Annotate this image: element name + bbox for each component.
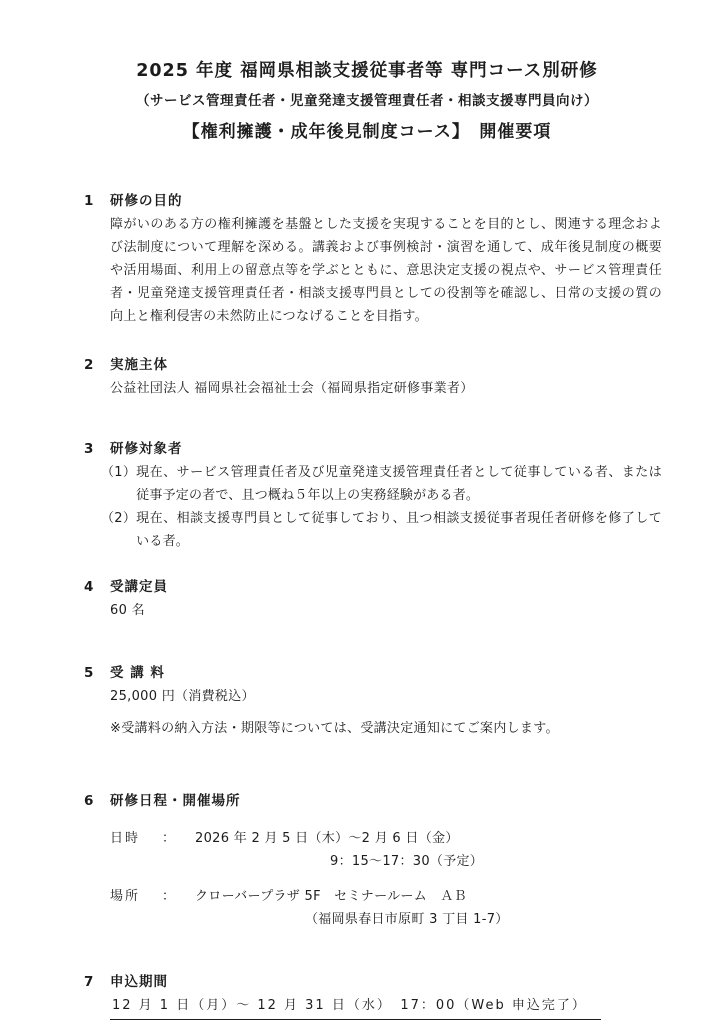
- place-label: 場所: [110, 885, 162, 908]
- section-heading: 研修対象者: [110, 438, 183, 461]
- datetime-label: 日時: [110, 827, 162, 850]
- section-number: 6: [84, 790, 110, 813]
- section-capacity: 4 受講定員 60 名: [84, 576, 662, 622]
- course-title: 【権利擁護・成年後見制度コース】 開催要項: [72, 116, 662, 148]
- document-subtitle: （サービス管理責任者・児童発達支援管理責任者・相談支援専門員向け）: [72, 86, 662, 116]
- section-number: 2: [84, 354, 110, 377]
- target-item-1: （1） 現在、サービス管理責任者及び児童発達支援管理責任者として従事している者、…: [110, 461, 662, 507]
- section-heading: 受 講 料: [110, 662, 165, 685]
- section-heading: 申込期間: [110, 971, 168, 994]
- place-value: クローバープラザ 5F セミナールーム ＡＢ: [195, 885, 467, 908]
- section-heading: 研修の目的: [110, 190, 183, 213]
- document-page: 2025 年度 福岡県相談支援従事者等 専門コース別研修 （サービス管理責任者・…: [0, 0, 724, 1024]
- title-block: 2025 年度 福岡県相談支援従事者等 専門コース別研修 （サービス管理責任者・…: [72, 56, 662, 148]
- place-colon: ：: [162, 885, 195, 908]
- section-heading: 受講定員: [110, 576, 168, 599]
- item-text: 現在、相談支援専門員として従事しており、且つ相談支援従事者現任者研修を修了してい…: [136, 507, 662, 553]
- section-number: 5: [84, 662, 110, 685]
- place-row: 場所 ： クローバープラザ 5F セミナールーム ＡＢ: [110, 885, 662, 908]
- application-period-value: 12 月 1 日（月）～ 12 月 31 日（水） 17：00（Web 申込完了…: [110, 994, 601, 1020]
- fee-note: ※受講料の納入方法・期限等については、受講決定通知にてご案内します。: [110, 717, 662, 740]
- section-schedule: 6 研修日程・開催場所 日時 ： 2026 年 2 月 5 日（木）～2 月 6…: [84, 790, 662, 931]
- section-application-period: 7 申込期間 12 月 1 日（月）～ 12 月 31 日（水） 17：00（W…: [84, 971, 662, 1020]
- section-purpose: 1 研修の目的 障がいのある方の権利擁護を基盤とした支援を実現することを目的とし…: [84, 190, 662, 328]
- item-label: （2）: [101, 507, 136, 530]
- place-address: （福岡県春日市原町 3 丁目 1-7）: [305, 908, 662, 931]
- section-body: 障がいのある方の権利擁護を基盤とした支援を実現することを目的とし、関連する理念お…: [110, 213, 662, 328]
- section-organizer: 2 実施主体 公益社団法人 福岡県社会福祉士会（福岡県指定研修事業者）: [84, 354, 662, 400]
- item-label: （1）: [101, 461, 136, 484]
- item-text: 現在、サービス管理責任者及び児童発達支援管理責任者として従事している者、または従…: [136, 461, 662, 507]
- section-target: 3 研修対象者 （1） 現在、サービス管理責任者及び児童発達支援管理責任者として…: [84, 438, 662, 553]
- target-item-2: （2） 現在、相談支援専門員として従事しており、且つ相談支援従事者現任者研修を修…: [110, 507, 662, 553]
- section-number: 4: [84, 576, 110, 599]
- section-number: 7: [84, 971, 110, 994]
- datetime-time: 9：15～17：30（予定）: [330, 850, 662, 873]
- section-heading: 実施主体: [110, 354, 168, 377]
- capacity-value: 60 名: [110, 599, 662, 622]
- section-number: 1: [84, 190, 110, 213]
- datetime-row: 日時 ： 2026 年 2 月 5 日（木）～2 月 6 日（金）: [110, 827, 662, 850]
- section-number: 3: [84, 438, 110, 461]
- fee-value: 25,000 円（消費税込）: [110, 685, 662, 708]
- datetime-value: 2026 年 2 月 5 日（木）～2 月 6 日（金）: [195, 827, 459, 850]
- section-heading: 研修日程・開催場所: [110, 790, 241, 813]
- section-fee: 5 受 講 料 25,000 円（消費税込） ※受講料の納入方法・期限等について…: [84, 662, 662, 740]
- document-title: 2025 年度 福岡県相談支援従事者等 専門コース別研修: [72, 56, 662, 86]
- section-body: 公益社団法人 福岡県社会福祉士会（福岡県指定研修事業者）: [110, 377, 662, 400]
- datetime-colon: ：: [162, 827, 195, 850]
